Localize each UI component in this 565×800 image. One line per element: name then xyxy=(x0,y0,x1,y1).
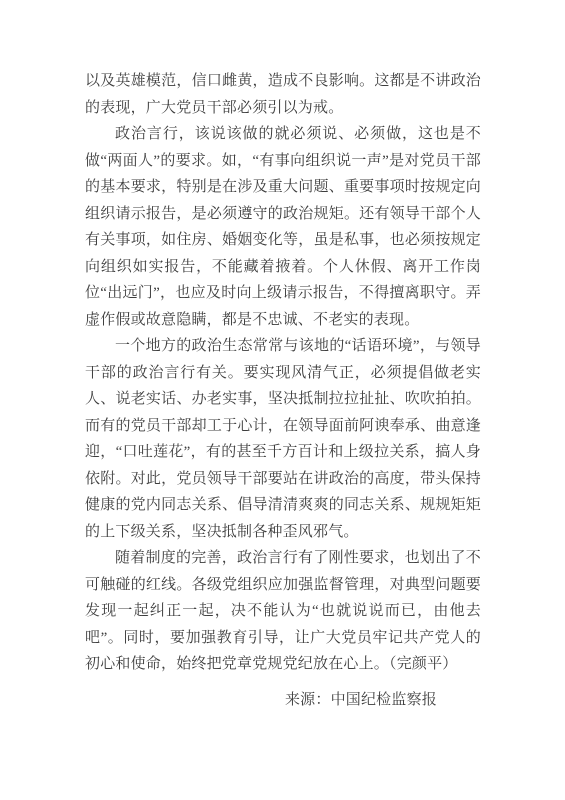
document-page: 以及英雄模范，信口雌黄，造成不良影响。这都是不讲政治的表现，广大党员干部必须引以… xyxy=(0,0,565,800)
article-paragraph-4: 随着制度的完善，政治言行有了刚性要求，也划出了不可触碰的红线。各级党组织应加强监… xyxy=(85,545,481,678)
article-paragraph-3: 一个地方的政治生态常常与该地的“话语环境”，与领导干部的政治言行有关。要实现风清… xyxy=(85,333,481,545)
article-paragraph-1: 以及英雄模范，信口雌黄，造成不良影响。这都是不讲政治的表现，广大党员干部必须引以… xyxy=(85,68,481,121)
article-body: 以及英雄模范，信口雌黄，造成不良影响。这都是不讲政治的表现，广大党员干部必须引以… xyxy=(85,68,481,713)
article-paragraph-2: 政治言行，该说该做的就必须说、必须做，这也是不做“两面人”的要求。如，“有事向组… xyxy=(85,121,481,333)
source-attribution: 来源：中国纪检监察报 xyxy=(85,687,481,714)
